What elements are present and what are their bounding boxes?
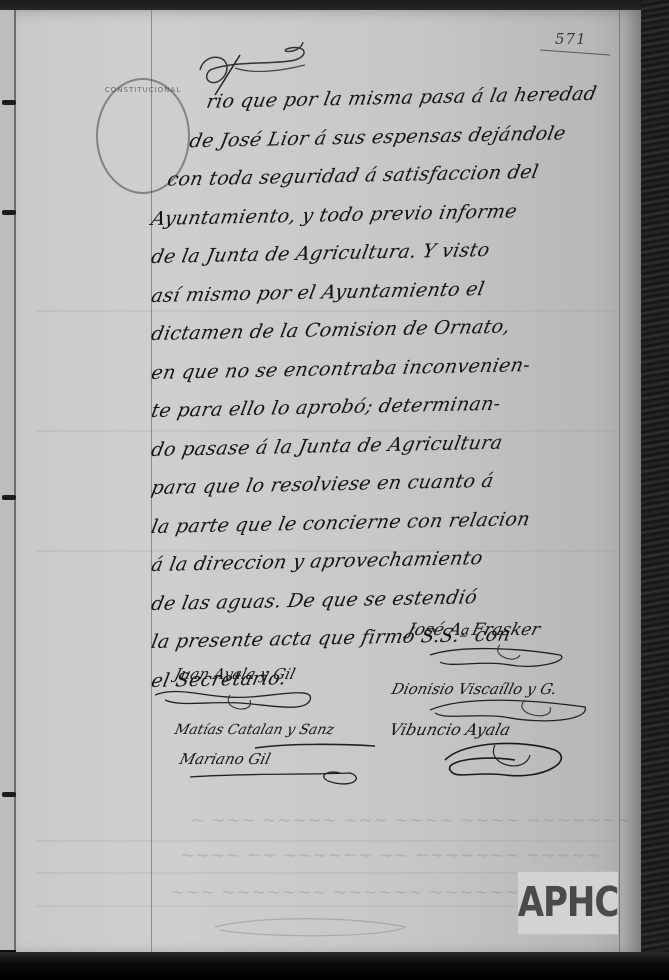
binding-stitch — [2, 495, 16, 500]
bleed-through-flourish-icon — [210, 915, 410, 940]
page-number: 571 — [555, 30, 587, 48]
book-binding-bottom — [0, 952, 669, 980]
book-binding-right — [641, 0, 669, 980]
signature-flourish-icon — [435, 735, 575, 785]
binding-stitch — [2, 100, 16, 105]
aphc-watermark-logo: APHC — [518, 872, 618, 934]
signature-flourish-icon — [185, 765, 365, 790]
signature: Juan Ayala y Gil — [173, 665, 298, 683]
signature-flourish-icon — [420, 640, 570, 675]
bleed-through-text: ~ ~~~ ~~~~~ ~~~ ~~~~ ~~~~ ~~~~~~~ — [188, 810, 634, 831]
previous-page-edge — [0, 10, 16, 950]
signature-flourish-icon — [150, 685, 320, 725]
rubric-flourish-icon — [195, 40, 315, 95]
bleed-through-text: ~~~~ ~~ ~~~~~~ ~~ ~~~~~~~ ~~~~~ — [178, 845, 603, 866]
binding-stitch — [2, 792, 16, 797]
signature: José A. Frasker — [406, 620, 543, 640]
bleed-through-text: ~~~ ~~~~~~~ ~~~~~~ ~~~~~~~~ — [168, 882, 552, 903]
document-body: rio que por la misma pasa á la heredad d… — [150, 92, 630, 708]
signature: Matías Catalan y Sanz — [173, 722, 336, 738]
binding-stitch — [2, 210, 16, 215]
